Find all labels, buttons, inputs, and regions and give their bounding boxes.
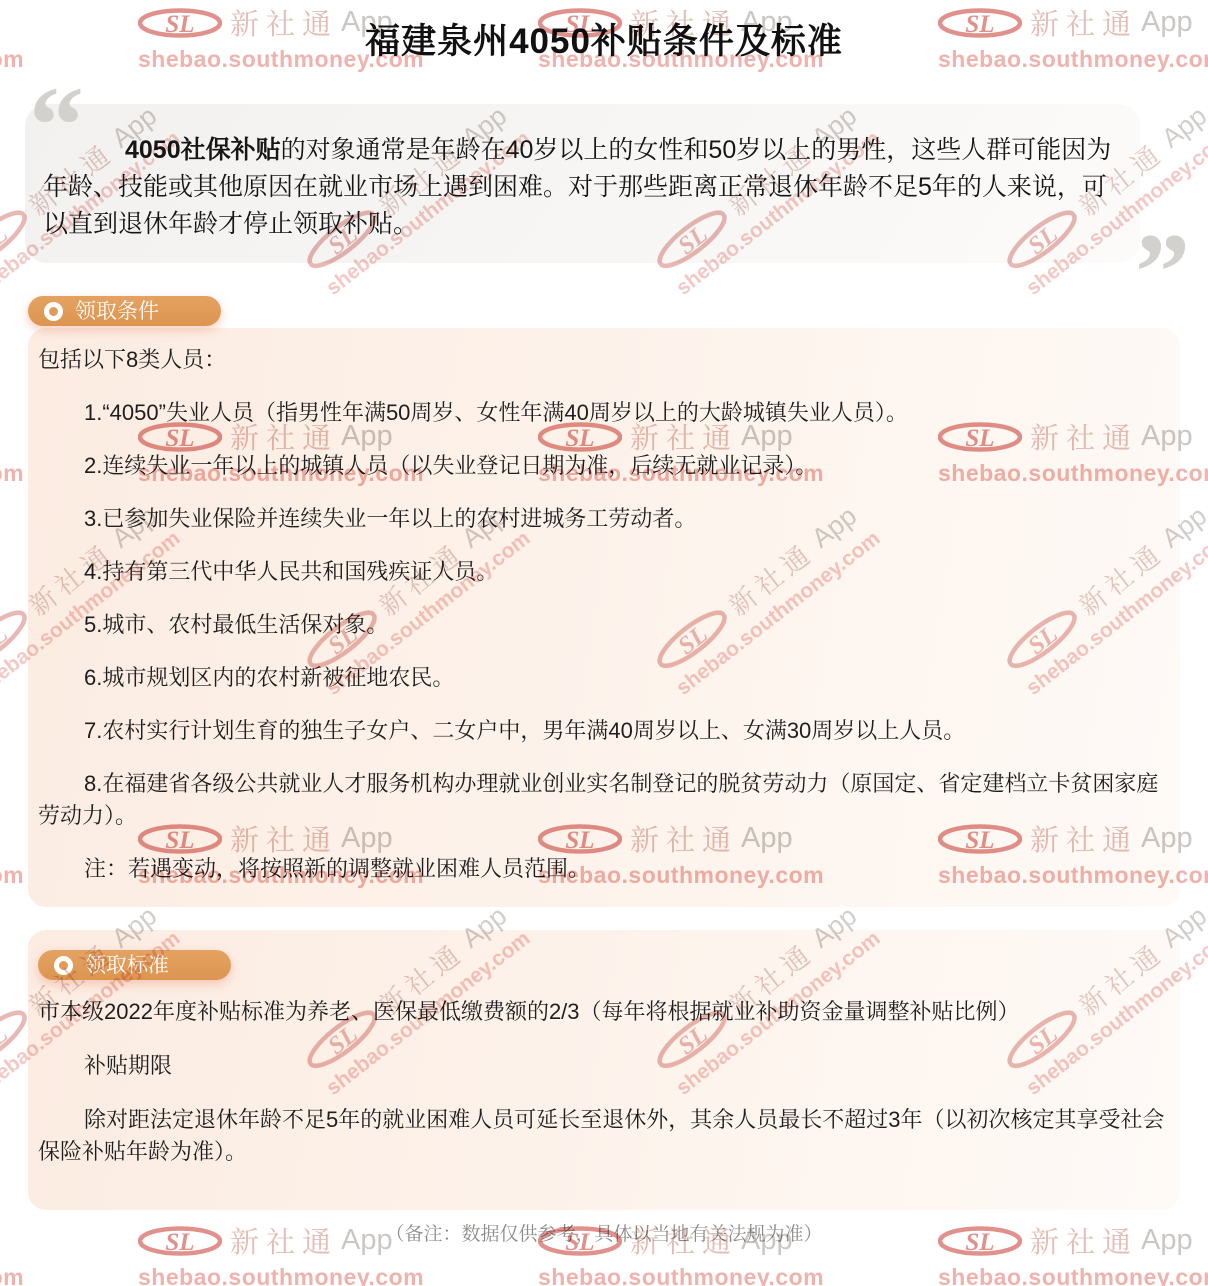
ring-icon — [44, 302, 63, 321]
section-conditions-heading: 领取条件 — [75, 301, 159, 322]
conditions-box: 包括以下8类人员： 1.“4050”失业人员（指男性年满50周岁、女性年满40周… — [28, 328, 1180, 907]
article: 福建泉州4050补贴条件及标准 “ ” 4050社保补贴的对象通常是年龄在40岁… — [0, 0, 1208, 1248]
condition-item: 8.在福建省各级公共就业人才服务机构办理就业创业实名制登记的脱贫劳动力（原国定、… — [38, 768, 1168, 832]
ring-icon — [54, 956, 73, 975]
close-quote-icon: ” — [1135, 217, 1190, 327]
condition-item: 7.农村实行计划生育的独生子女户、二女户中，男年满40周岁以上、女满30周岁以上… — [38, 715, 1168, 747]
section-conditions-badge: 领取条件 — [28, 296, 221, 326]
condition-item: 6.城市规划区内的农村新被征地农民。 — [38, 662, 1168, 694]
watermark-url: shebao.southmoney.com — [538, 1264, 824, 1286]
section-standards: 领取标准 市本级2022年度补贴标准为养老、医保最低缴费额的2/3（每年将根据就… — [0, 930, 1208, 1210]
open-quote-icon: “ — [29, 70, 84, 180]
standards-item: 补贴期限 — [38, 1050, 1168, 1082]
intro-quote-box: “ ” 4050社保补贴的对象通常是年龄在40岁以上的女性和50岁以上的男性，这… — [25, 104, 1140, 263]
standards-lead: 市本级2022年度补贴标准为养老、医保最低缴费额的2/3（每年将根据就业补助资金… — [38, 996, 1168, 1028]
watermark-url: shebao.southmoney.com — [0, 1264, 24, 1286]
watermark-url: shebao.southmoney.com — [138, 1264, 424, 1286]
condition-note: 注：若遇变动，将按照新的调整就业困难人员范围。 — [38, 853, 1168, 885]
condition-item: 1.“4050”失业人员（指男性年满50周岁、女性年满40周岁以上的大龄城镇失业… — [38, 397, 1168, 429]
condition-item: 4.持有第三代中华人民共和国残疾证人员。 — [38, 556, 1168, 588]
conditions-lead: 包括以下8类人员： — [38, 344, 1168, 376]
page-title: 福建泉州4050补贴条件及标准 — [0, 20, 1208, 64]
section-standards-heading: 领取标准 — [85, 955, 169, 976]
condition-item: 2.连续失业一年以上的城镇人员（以失业登记日期为准，后续无就业记录）。 — [38, 450, 1168, 482]
condition-item: 5.城市、农村最低生活保对象。 — [38, 609, 1168, 641]
intro-bold-lead: 4050社保补贴 — [125, 136, 281, 164]
standards-box: 领取标准 市本级2022年度补贴标准为养老、医保最低缴费额的2/3（每年将根据就… — [28, 930, 1180, 1210]
section-standards-badge: 领取标准 — [38, 950, 231, 980]
page: 福建泉州4050补贴条件及标准 “ ” 4050社保补贴的对象通常是年龄在40岁… — [0, 0, 1208, 1286]
intro-paragraph: 4050社保补贴的对象通常是年龄在40岁以上的女性和50岁以上的男性，这些人群可… — [43, 132, 1120, 243]
watermark-url: shebao.southmoney.com — [938, 1264, 1208, 1286]
footer-disclaimer: （备注：数据仅供参考，具体以当地有关法规为准） — [0, 1222, 1208, 1248]
section-conditions: 领取条件 包括以下8类人员： 1.“4050”失业人员（指男性年满50周岁、女性… — [0, 263, 1208, 907]
condition-item: 3.已参加失业保险并连续失业一年以上的农村进城务工劳动者。 — [38, 503, 1168, 535]
standards-item: 除对距法定退休年龄不足5年的就业困难人员可延长至退休外，其余人员最长不超过3年（… — [38, 1104, 1168, 1168]
